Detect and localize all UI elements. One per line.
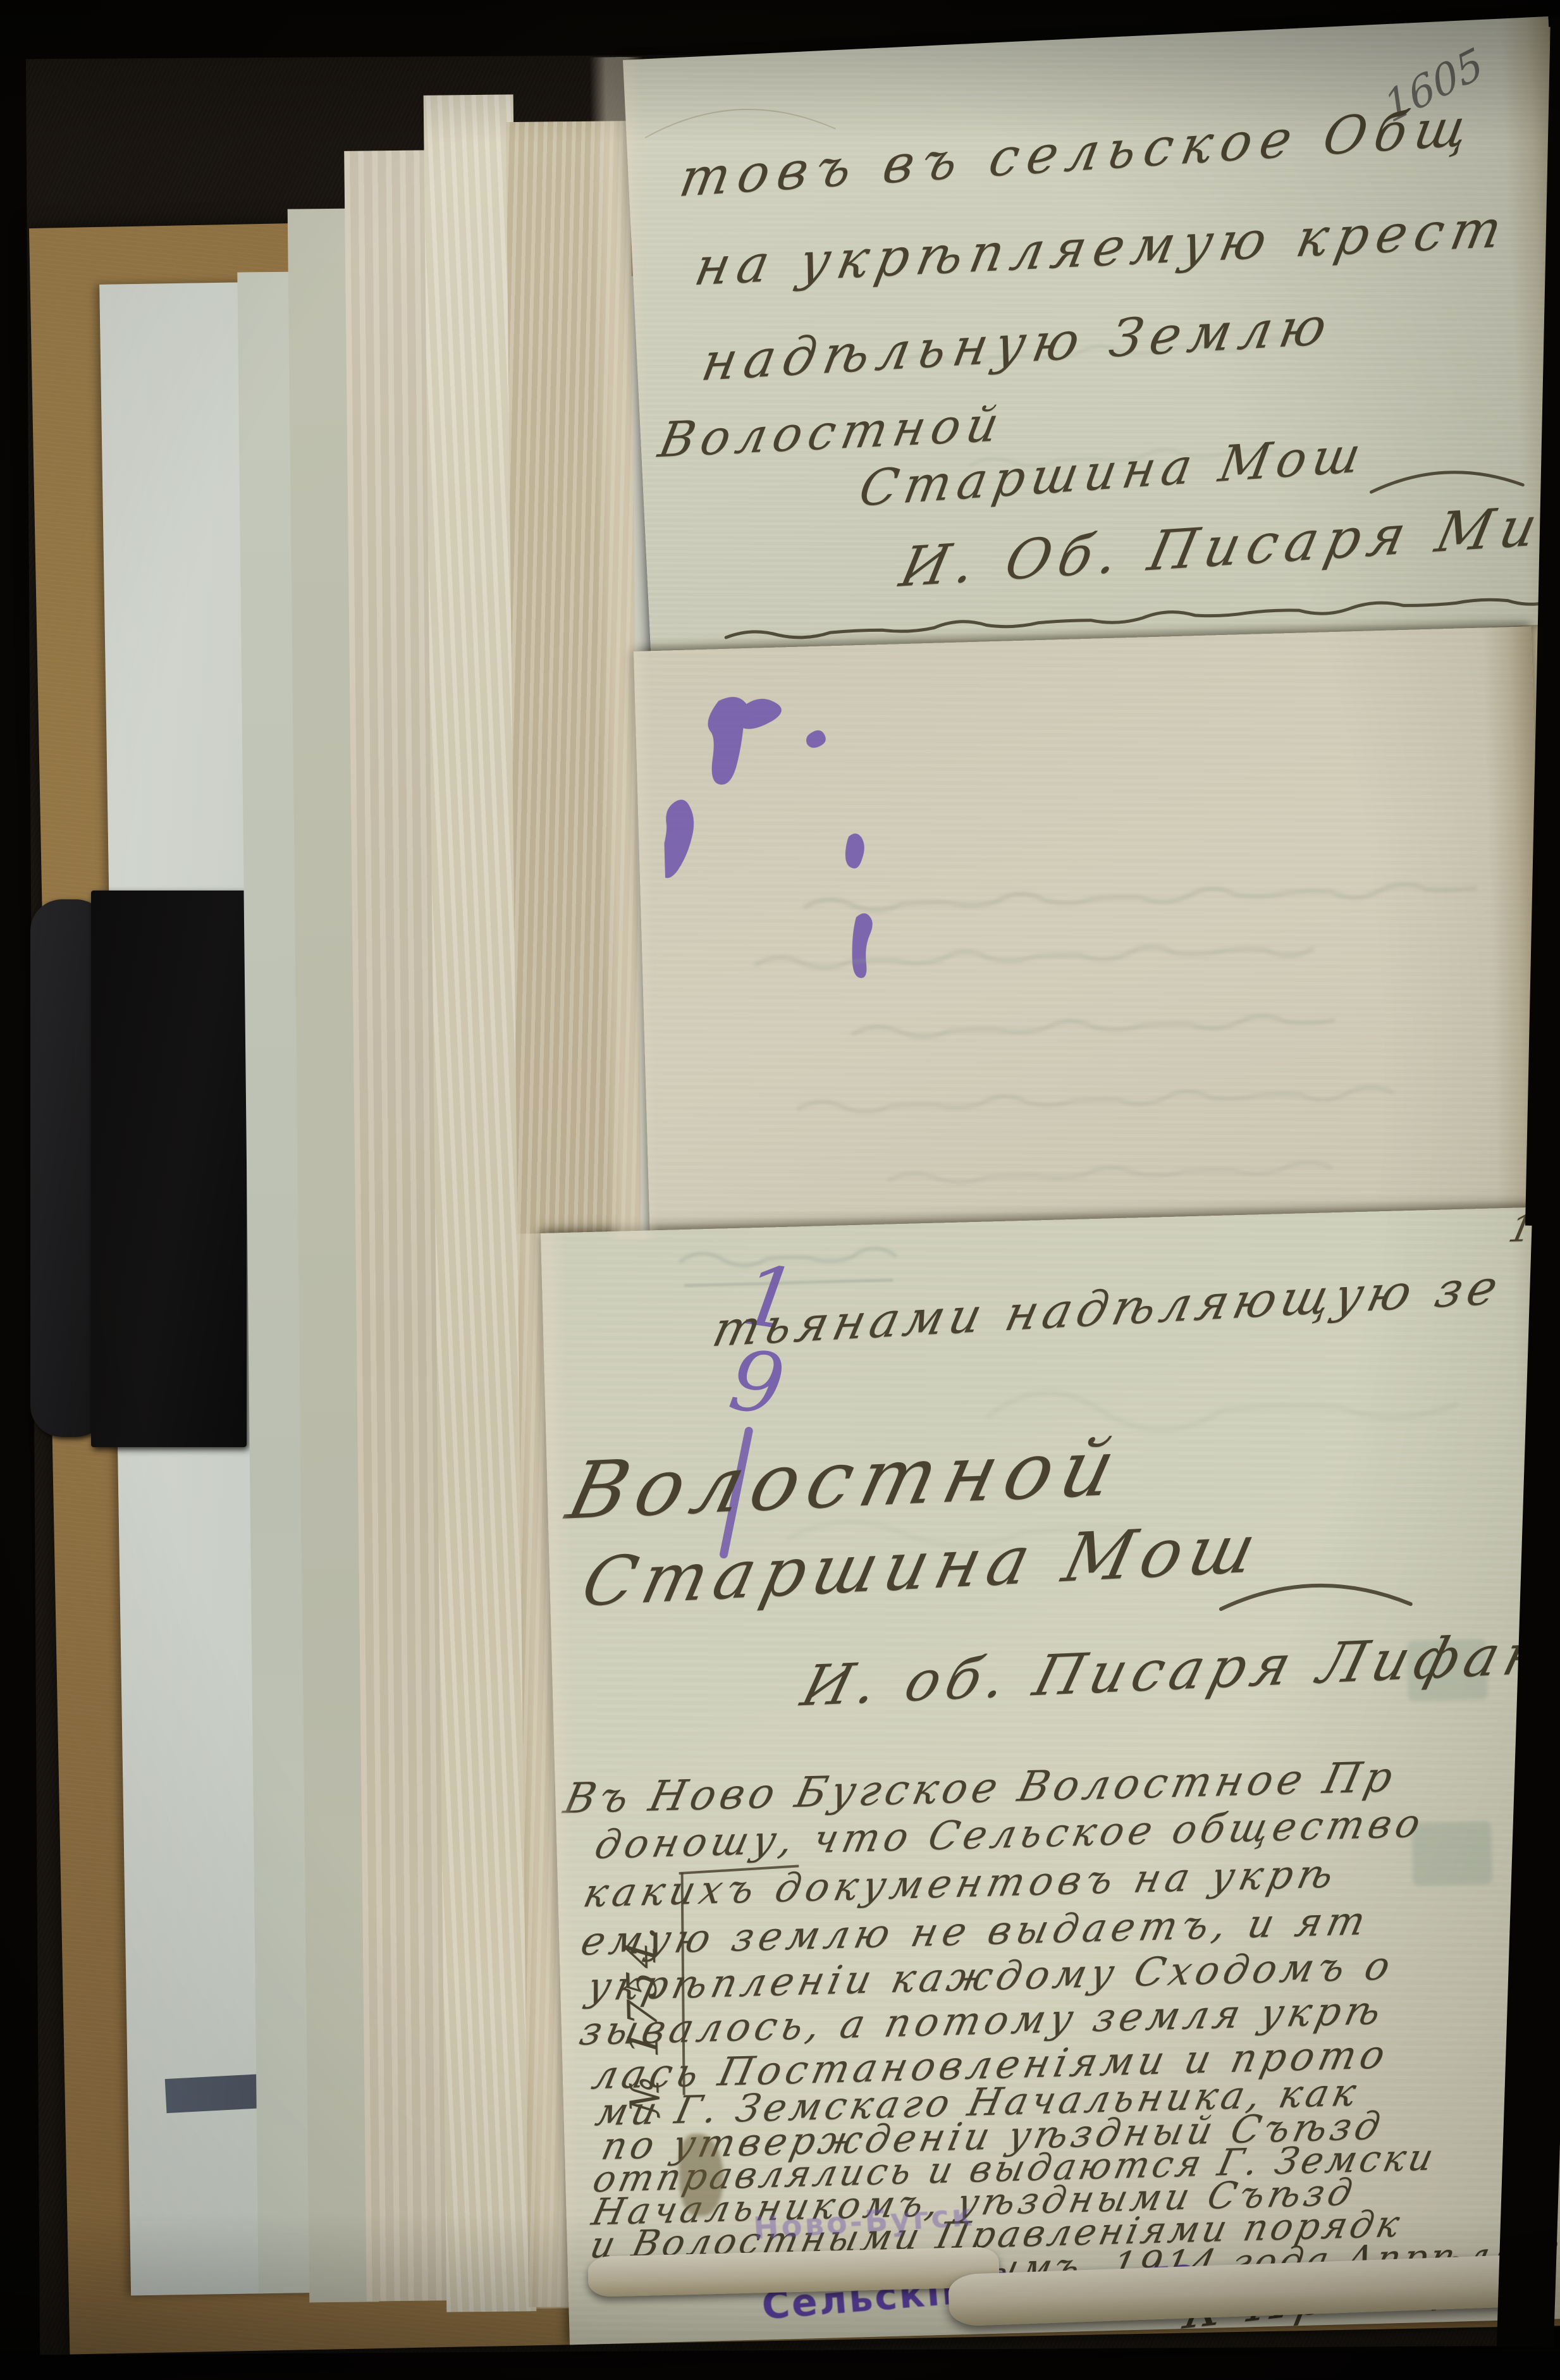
purple-ink-blot [660, 665, 1061, 1030]
ink-bleed-through [797, 1073, 1392, 1121]
clerk-signature-line: И. Об. Писаря Мир [895, 496, 1560, 595]
ink-bleed-through [888, 1151, 1332, 1192]
middle-document-sheet [634, 626, 1547, 1238]
ink-bleed-patch [1411, 1821, 1493, 1886]
handwritten-line: на укрѣпляемую крест [691, 203, 1513, 293]
title-line: Волостной [561, 1428, 1131, 1531]
bottom-document-sheet: 18 19 тьянами надѣляющую зе Волостной Ст… [541, 1207, 1560, 2345]
handwritten-line: тьянами надѣляющую зе [709, 1263, 1508, 1354]
top-document-sheet: 1605 товъ въ сельское Общ на укрѣпляемую… [623, 16, 1560, 667]
clerk-signature-line: И. об. Писаря Лифани [796, 1624, 1560, 1715]
archive-photo: 1605 товъ въ сельское Общ на укрѣпляемую… [0, 0, 1560, 2380]
black-clip [30, 891, 247, 1447]
handwritten-line: надѣльную Землю [698, 300, 1339, 389]
black-clip-body [91, 891, 247, 1447]
handwritten-line: товъ въ сельское Общ [676, 101, 1480, 205]
